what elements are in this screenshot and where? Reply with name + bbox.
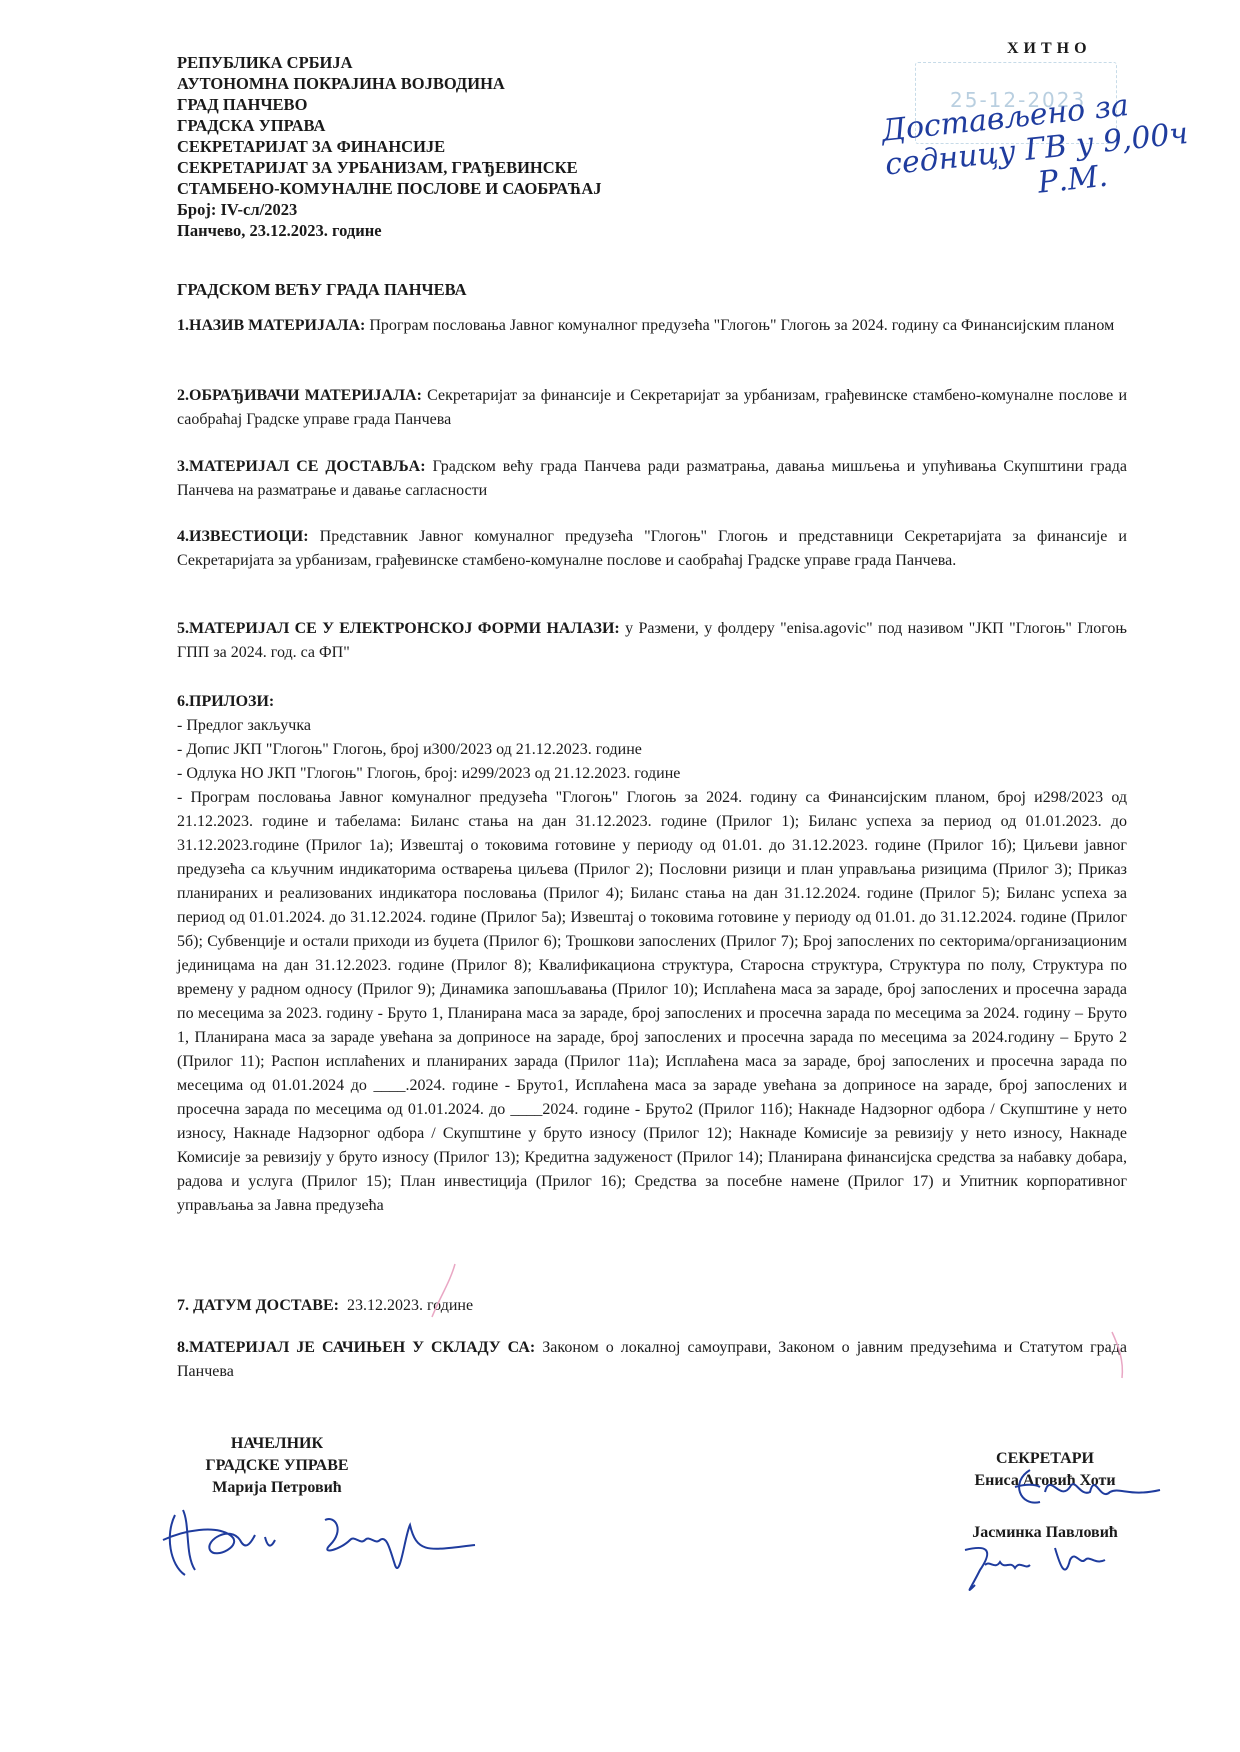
section-label: 6.ПРИЛОЗИ: bbox=[177, 690, 1127, 714]
section-label: 4.ИЗВЕСТИОЦИ: bbox=[177, 528, 309, 545]
section-attachments: 6.ПРИЛОЗИ: - Предлог закључка - Допис ЈК… bbox=[177, 690, 1127, 1218]
header-line: СЕКРЕТАРИЈАТ ЗА ФИНАНСИЈЕ bbox=[177, 136, 602, 157]
section-material-title: 1.НАЗИВ МАТЕРИЈАЛА: Програм пословања Ја… bbox=[177, 314, 1127, 338]
section-label: 3.МАТЕРИЈАЛ СЕ ДОСТАВЉА: bbox=[177, 458, 426, 475]
urgent-label: ХИТНО bbox=[1007, 40, 1092, 58]
issuer-header: РЕПУБЛИКА СРБИЈА АУТОНОМНА ПОКРАЈИНА ВОЈ… bbox=[177, 52, 602, 241]
header-line: РЕПУБЛИКА СРБИЈА bbox=[177, 52, 602, 73]
attachment-item: - Одлука НО ЈКП "Глогоњ" Глогоњ, број: и… bbox=[177, 762, 1127, 786]
attachment-item: - Програм пословања Јавног комуналног пр… bbox=[177, 786, 1127, 1218]
header-line: АУТОНОМНА ПОКРАЈИНА ВОЈВОДИНА bbox=[177, 73, 602, 94]
header-line: СЕКРЕТАРИЈАТ ЗА УРБАНИЗАМ, ГРАЂЕВИНСКЕ bbox=[177, 157, 602, 178]
section-text: Програм пословања Јавног комуналног пред… bbox=[369, 317, 1114, 334]
document-date: Панчево, 23.12.2023. године bbox=[177, 220, 602, 241]
document-number: Број: IV-сл/2023 bbox=[177, 199, 602, 220]
section-text: Представник Јавног комуналног предузећа … bbox=[177, 528, 1127, 569]
attachment-item: - Предлог закључка bbox=[177, 714, 1127, 738]
section-label: 8.МАТЕРИЈАЛ ЈЕ САЧИЊЕН У СКЛАДУ СА: bbox=[177, 1339, 535, 1356]
section-compliance: 8.МАТЕРИЈАЛ ЈЕ САЧИЊЕН У СКЛАДУ СА: Зако… bbox=[177, 1336, 1127, 1384]
document-page: РЕПУБЛИКА СРБИЈА АУТОНОМНА ПОКРАЈИНА ВОЈ… bbox=[0, 0, 1240, 1752]
pen-mark-icon bbox=[430, 1262, 460, 1322]
header-line: СТАМБЕНО-КОМУНАЛНЕ ПОСЛОВЕ И САОБРАЋАЈ bbox=[177, 178, 602, 199]
signature-scribble-icon bbox=[1000, 1462, 1170, 1522]
section-label: 5.МАТЕРИЈАЛ СЕ У ЕЛЕКТРОНСКОЈ ФОРМИ НАЛА… bbox=[177, 620, 620, 637]
section-preparers: 2.ОБРАЂИВАЧИ МАТЕРИЈАЛА: Секретаријат за… bbox=[177, 384, 1127, 432]
signatory-title: НАЧЕЛНИК bbox=[177, 1433, 377, 1455]
section-label: 2.ОБРАЂИВАЧИ МАТЕРИЈАЛА: bbox=[177, 387, 422, 404]
signatory-title: ГРАДСКЕ УПРАВЕ bbox=[177, 1455, 377, 1477]
signature-block-head: НАЧЕЛНИК ГРАДСКЕ УПРАВЕ Марија Петровић bbox=[177, 1433, 377, 1499]
section-electronic-location: 5.МАТЕРИЈАЛ СЕ У ЕЛЕКТРОНСКОЈ ФОРМИ НАЛА… bbox=[177, 617, 1127, 665]
header-line: ГРАД ПАНЧЕВО bbox=[177, 94, 602, 115]
attachment-item: - Допис ЈКП "Глогоњ" Глогоњ, број и300/2… bbox=[177, 738, 1127, 762]
section-label: 1.НАЗИВ МАТЕРИЈАЛА: bbox=[177, 317, 365, 334]
section-rapporteurs: 4.ИЗВЕСТИОЦИ: Представник Јавног комунал… bbox=[177, 525, 1127, 573]
section-label: 7. ДАТУМ ДОСТАВЕ: bbox=[177, 1297, 339, 1314]
section-delivery-date: 7. ДАТУМ ДОСТАВЕ: 23.12.2023. године bbox=[177, 1294, 1127, 1318]
signature-scribble-icon bbox=[955, 1540, 1125, 1600]
pen-mark-icon bbox=[1110, 1330, 1130, 1380]
header-line: ГРАДСКА УПРАВА bbox=[177, 115, 602, 136]
signature-scribble-icon bbox=[155, 1495, 485, 1585]
section-delivered-to: 3.МАТЕРИЈАЛ СЕ ДОСТАВЉА: Градском већу г… bbox=[177, 455, 1127, 503]
recipient: ГРАДСКОМ ВЕЋУ ГРАДА ПАНЧЕВА bbox=[177, 280, 467, 300]
